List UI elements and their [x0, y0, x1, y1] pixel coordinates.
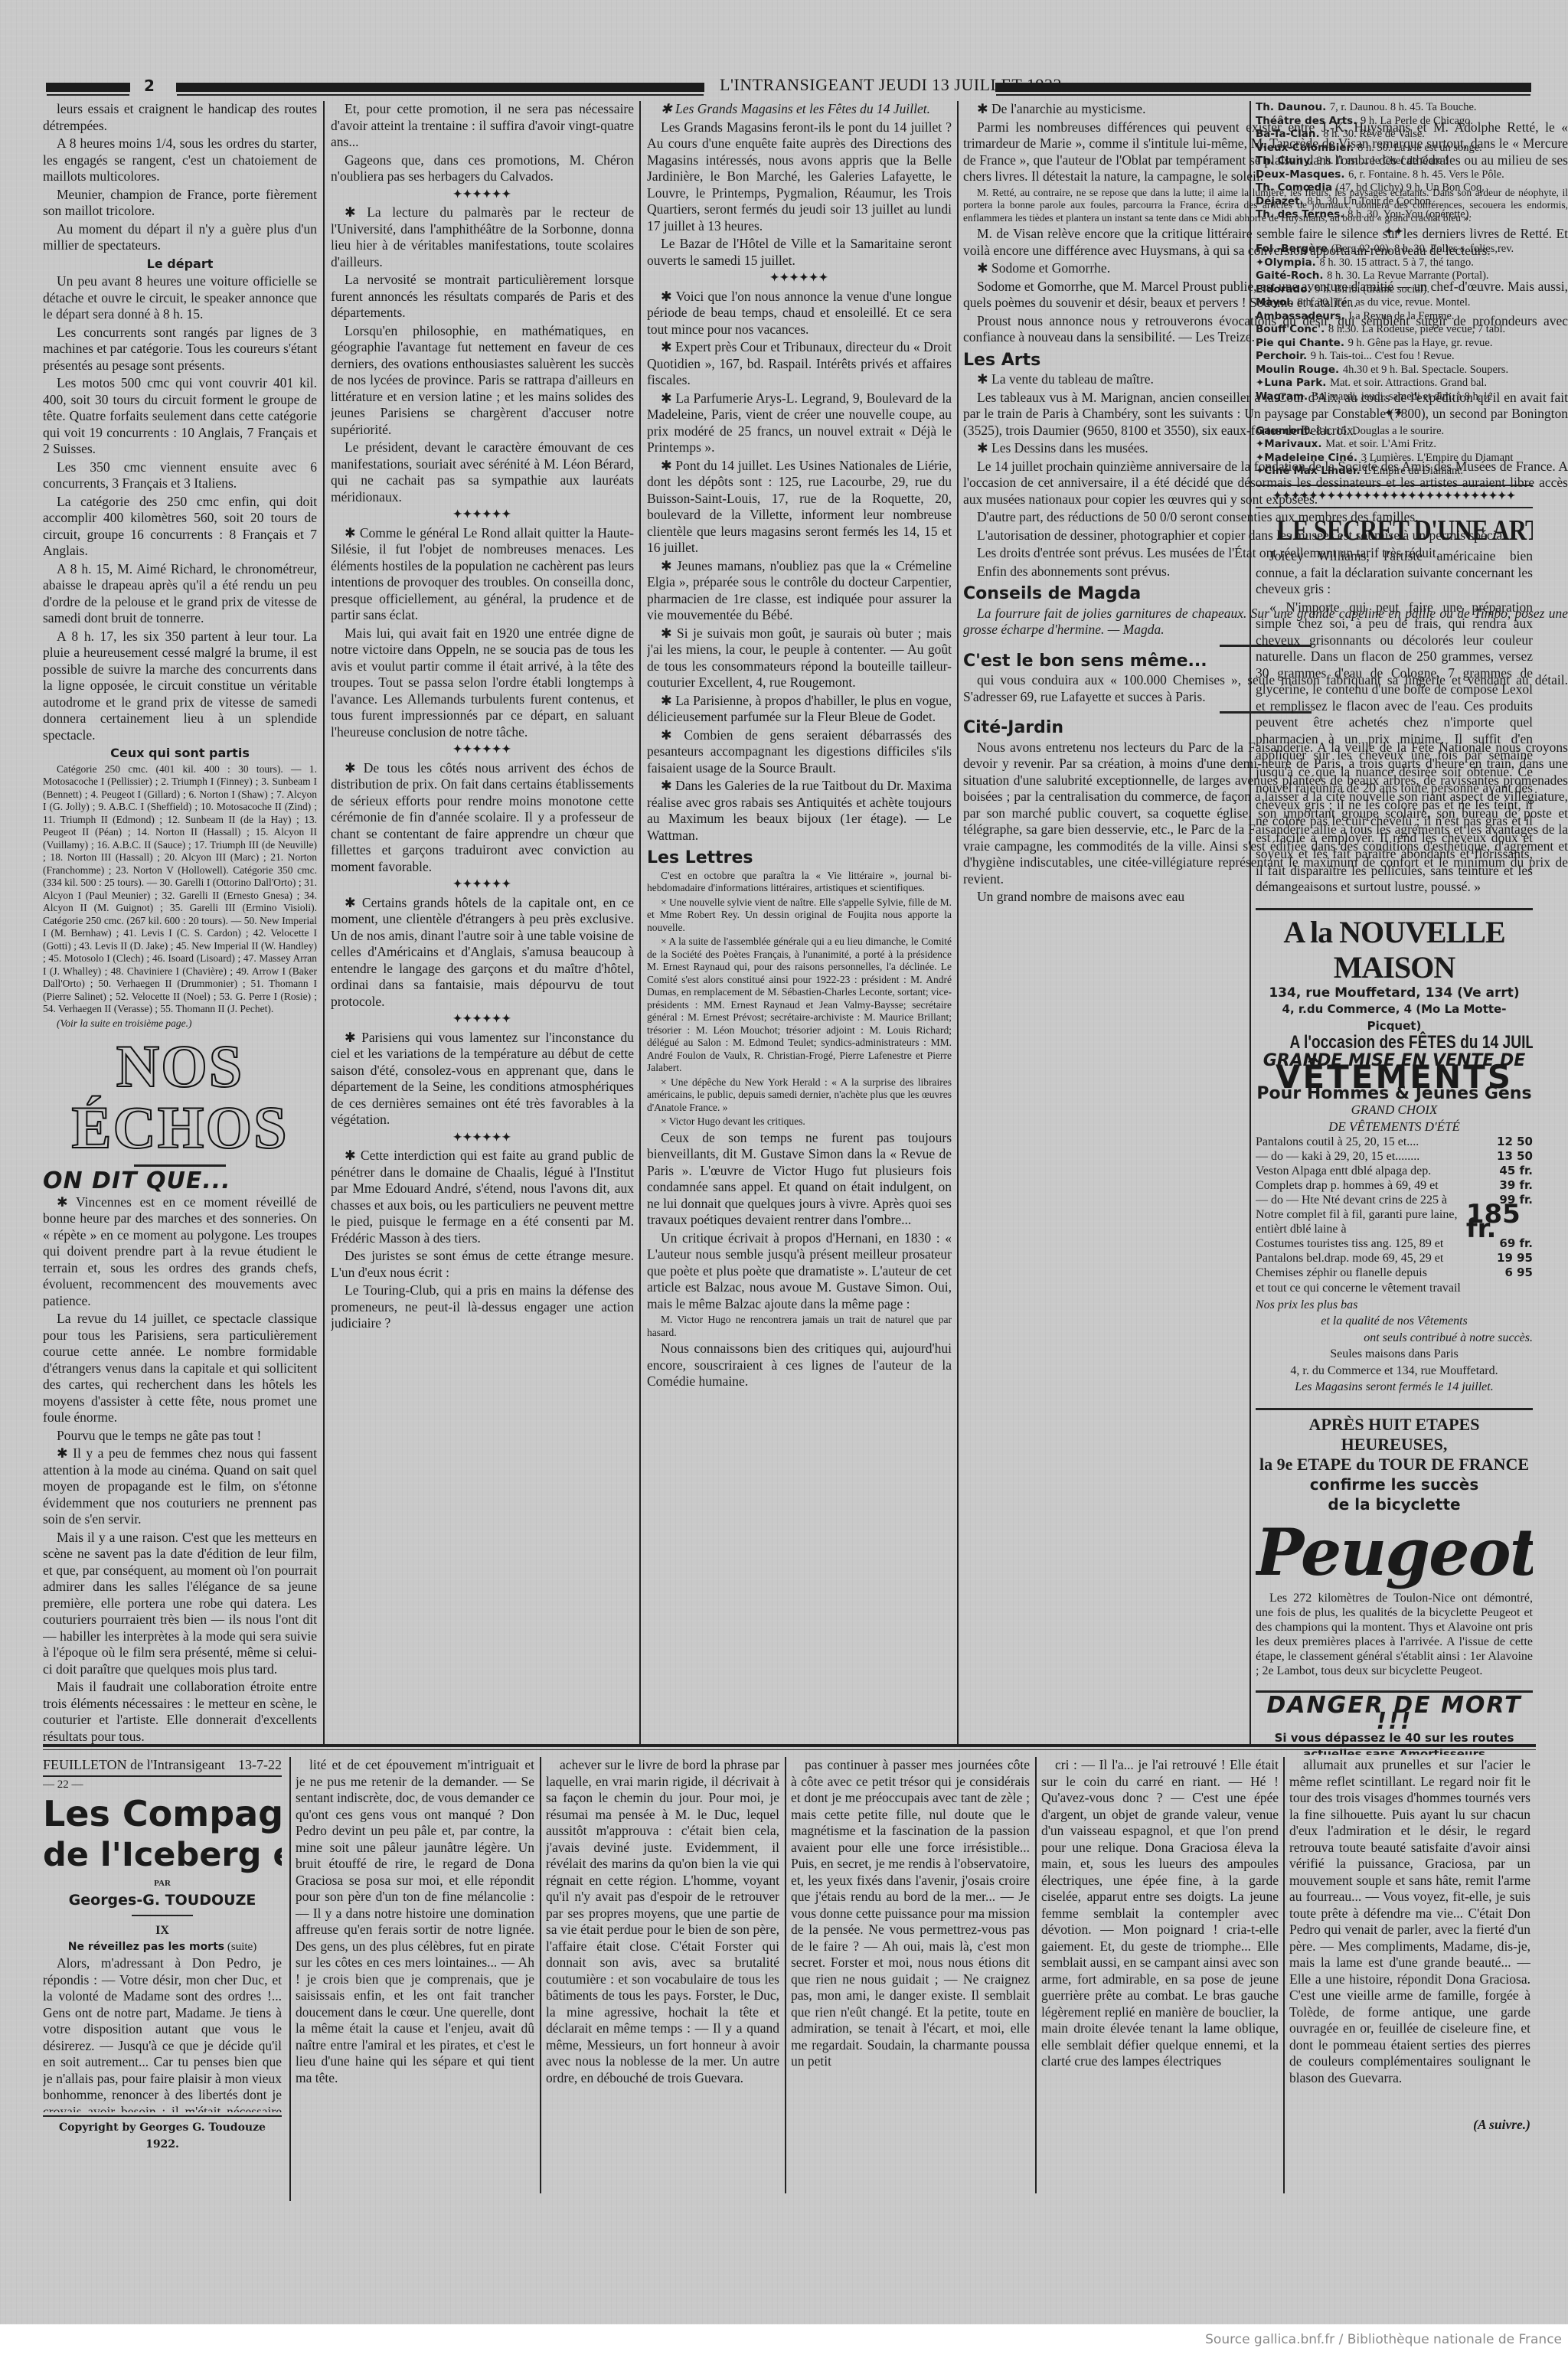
- venue-details: 9 h. La Perle de Chicago.: [1361, 115, 1473, 127]
- maison-slogan-3: ont seuls contribué à notre succès.: [1256, 1330, 1533, 1347]
- venue-name: Moulin Rouge.: [1256, 364, 1343, 376]
- listing-row: Ba-Ta-Clan. 8 h. 30. Rêve de Valse.: [1256, 128, 1533, 142]
- article-paragraph: Le Bazar de l'Hôtel de Ville et la Samar…: [647, 236, 952, 269]
- venue-name: Wagram.: [1256, 390, 1312, 403]
- venue-details: (47, bd Clichy) 9 h. Un Bon Coq.: [1336, 181, 1485, 194]
- masthead-rule-mid: [176, 83, 704, 92]
- echo-paragraph: Des juristes se sont émus de cette étran…: [331, 1248, 634, 1281]
- column-1: leurs essais et craignent le handicap de…: [43, 101, 317, 1747]
- venue-details: 9 h. Tais-toi... C'est fou ! Revue.: [1311, 350, 1455, 362]
- echo-paragraph: Le Touring-Club, qui a pris en mains la …: [331, 1282, 634, 1332]
- echo-paragraph: La revue du 14 juillet, ce spectacle cla…: [43, 1311, 317, 1426]
- echo-paragraph: Mais il y a une raison. C'est que les me…: [43, 1530, 317, 1678]
- echo-paragraph: Mais il faudrait une collaboration étroi…: [43, 1679, 317, 1745]
- venue-name: Th. Cluny.: [1256, 155, 1317, 167]
- divider: [1256, 485, 1533, 486]
- secret-paragraph: « N'importe qui peut faire une préparati…: [1256, 599, 1533, 896]
- price-row: Veston Alpaga entt dblé alpaga dep.45 fr…: [1256, 1164, 1533, 1178]
- maison-pour: Pour Hommes & Jeunes Gens: [1256, 1086, 1533, 1102]
- diamond-border: ✦✦✦✦✦✦✦✦✦✦✦✦✦✦✦✦✦✦✦✦✦✦✦✦✦✦✦: [1256, 488, 1533, 505]
- stars-divider: ✦✦✦✦✦✦: [331, 507, 634, 524]
- venue-details: 8 h. 30. You-You (opérette).: [1347, 208, 1472, 220]
- maison-address-1: 134, rue Mouffetard, 134 (Ve arrt): [1256, 985, 1533, 1002]
- listing-row: Th. Cluny. 9 h. Il est ... le Chef de Ga…: [1256, 155, 1533, 168]
- lettres-heading: Les Lettres: [647, 850, 952, 867]
- price-item: Pantalons bel.drap. mode 69, 45, 29 et: [1256, 1251, 1443, 1266]
- peugeot-body: Les 272 kilomètres de Toulon-Nice ont dé…: [1256, 1591, 1533, 1678]
- echo-paragraph: ✱ Voici que l'on nous annonce la venue d…: [647, 289, 952, 338]
- venue-details: 4h.30 et 9 h. Bal. Spectacle. Soupers.: [1343, 364, 1508, 376]
- listing-row: ✦Marivaux. Mat. et soir. L'Ami Fritz.: [1256, 438, 1533, 452]
- venue-name: Pie qui Chante.: [1256, 337, 1348, 349]
- venue-details: Bal mardi, jeudi, samedi et dim. à 8 h. …: [1312, 390, 1492, 403]
- echo-paragraph: ✱ Expert près Cour et Tribunaux, directe…: [647, 339, 952, 389]
- price-value: 13 50: [1497, 1149, 1533, 1164]
- listing-row: Eldorado. 9 h. Biribi (drame social).: [1256, 283, 1533, 297]
- maison-seules-addr: 4, r. du Commerce et 134, rue Mouffetard…: [1256, 1363, 1533, 1380]
- echo-paragraph: La nervosité se montrait particulièremen…: [331, 272, 634, 322]
- continued-note: (Voir la suite en troisième page.): [43, 1017, 317, 1030]
- stars-divider: ✦✦✦✦✦✦: [647, 270, 952, 287]
- secret-paragraph: Joicey Williams, l'artiste américaine bi…: [1256, 548, 1533, 598]
- race-results: Catégorie 250 cmc. (401 kil. 400 : 30 to…: [43, 763, 317, 1016]
- column-rule: [1283, 1757, 1285, 2193]
- listing-row: Vieux-Colombier. 8 h. 30. La vie est un …: [1256, 142, 1533, 155]
- feuilleton-chapter: IX: [43, 1922, 282, 1939]
- feuilleton-text: achever sur le livre de bord la phrase p…: [546, 1757, 779, 2086]
- ad-divider: [1256, 1400, 1533, 1410]
- maison-choix-2: DE VÊTEMENTS D'ÉTÉ: [1256, 1119, 1533, 1135]
- price-item: Notre complet fil à fil, garanti pure la…: [1256, 1207, 1466, 1236]
- listing-row: Th. Daunou. 7, r. Daunou. 8 h. 45. Ta Bo…: [1256, 101, 1533, 115]
- venue-details: 9 h. Gêne pas la Haye, gr. revue.: [1348, 337, 1493, 349]
- maison-fermes: Les Magasins seront fermés le 14 juillet…: [1256, 1379, 1533, 1396]
- venue-name: Gaité-Roch.: [1256, 269, 1327, 282]
- venue-details: 8 h. 30. 15 attract. 5 à 7, thé tango.: [1320, 256, 1474, 269]
- venue-details: 8 h. 30. La vie est un songe.: [1357, 142, 1482, 154]
- venue-name: Bouff'Conc'.: [1256, 323, 1328, 335]
- article-paragraph: Au moment du départ il n'y a guère plus …: [43, 221, 317, 254]
- listing-row: ✦Ciné Max Linder. L'Empire du Diamant.: [1256, 465, 1533, 478]
- feuilleton-column-1: FEUILLETON de l'Intransigeant 13-7-22 — …: [43, 1757, 282, 2216]
- ad-divider: [1256, 1683, 1533, 1693]
- listing-row: Wagram. Bal mardi, jeudi, samedi et dim.…: [1256, 390, 1533, 404]
- listing-row: Deux-Masques. 6, r. Fontaine. 8 h. 45. V…: [1256, 168, 1533, 182]
- venue-name: ✦Madeleine Ciné.: [1256, 452, 1361, 464]
- listing-row: Bouff'Conc'. 8 h.30. La Rôdeuse, pièce v…: [1256, 323, 1533, 337]
- lettres-paragraph: × Une dépêche du New York Herald : « A l…: [647, 1076, 952, 1115]
- venue-name: Ba-Ta-Clan.: [1256, 128, 1323, 140]
- peugeot-line-4: de la bicyclette: [1256, 1494, 1533, 1514]
- feuilleton-text: allumait aux prunelles et sur l'acier le…: [1289, 1757, 1530, 2086]
- listings-theatres: Th. Daunou. 7, r. Daunou. 8 h. 45. Ta Bo…: [1256, 101, 1533, 222]
- article-paragraph: Meunier, champion de France, porte fière…: [43, 187, 317, 220]
- subheading-partis: Ceux qui sont partis: [43, 745, 317, 762]
- peugeot-line-2: la 9e ETAPE du TOUR DE FRANCE: [1256, 1455, 1533, 1475]
- venue-details: 9 h. Il est ... le Chef de Gare !: [1317, 155, 1449, 167]
- divider: [1256, 507, 1533, 508]
- price-row: — do — kaki à 29, 20, 15 et........13 50: [1256, 1149, 1533, 1164]
- divider: [134, 1164, 226, 1167]
- maison-travail: et tout ce qui concerne le vêtement trav…: [1256, 1280, 1533, 1297]
- price-item: Chemises zéphir ou flanelle depuis: [1256, 1266, 1427, 1280]
- listing-row: Fol.-Bergère (Berg.02-00). 8 h. 30. Foll…: [1256, 243, 1533, 256]
- article-paragraph: A 8 heures moins 1/4, sous les ordres du…: [43, 136, 317, 185]
- listing-row: Gaumont. 8 h. 15. Douglas a le sourire.: [1256, 425, 1533, 439]
- venue-details: 8 h.30. La Rôdeuse, pièce vécue, 7 tabl.: [1328, 323, 1505, 335]
- feuilleton-column-3: achever sur le livre de bord la phrase p…: [546, 1757, 779, 2193]
- column-2: Et, pour cette promotion, il ne sera pas…: [331, 101, 634, 1747]
- echo-paragraph: ✱ Certains grands hôtels de la capitale …: [331, 895, 634, 1011]
- venue-name: Th. Daunou.: [1256, 101, 1330, 113]
- ad-divider: [1256, 900, 1533, 910]
- ad-peugeot: APRÈS HUIT ETAPES HEUREUSES, la 9e ETAPE…: [1256, 1415, 1533, 1678]
- venue-details: 8 h. 15. Douglas a le sourire.: [1316, 425, 1444, 437]
- stars-divider: ✦✦✦✦✦✦: [331, 1011, 634, 1028]
- echo-paragraph: ✱ Comme le général Le Rond allait quitte…: [331, 525, 634, 624]
- listing-row: Pie qui Chante. 9 h. Gêne pas la Haye, g…: [1256, 337, 1533, 351]
- venue-details: 8 h. 30. Un Tour de Cochon.: [1307, 195, 1433, 207]
- article-paragraph: Les 350 cmc viennent ensuite avec 6 conc…: [43, 459, 317, 492]
- listing-row: ✦Madeleine Ciné. 3 Lumières. L'Empire du…: [1256, 452, 1533, 465]
- article-paragraph: Et, pour cette promotion, il ne sera pas…: [331, 101, 634, 151]
- lettres-quote: M. Victor Hugo ne rencontrera jamais un …: [647, 1314, 952, 1339]
- article-paragraph: A 8 h. 17, les six 350 partent à leur to…: [43, 629, 317, 744]
- price-item: Complets drap p. hommes à 69, 49 et: [1256, 1178, 1439, 1193]
- houdaille-line-2: actuelles sans Amortisseurs: [1256, 1746, 1533, 1755]
- venue-name: Théâtre des Arts.: [1256, 115, 1361, 127]
- article-paragraph: Un peu avant 8 heures une voiture offici…: [43, 273, 317, 323]
- lettres-paragraph: × A la suite de l'assemblée générale qui…: [647, 936, 952, 1075]
- venue-details: 7, r. Daunou. 8 h. 45. Ta Bouche.: [1330, 101, 1477, 113]
- venue-name: ✦Luna Park.: [1256, 377, 1330, 389]
- feuilleton-subtitle-suite: (suite): [227, 1941, 256, 1953]
- venue-name: ✦Marivaux.: [1256, 438, 1325, 450]
- column-rule: [540, 1757, 541, 2193]
- article-paragraph: ✱ Les Grands Magasins et les Fêtes du 14…: [647, 101, 952, 118]
- newspaper-page: 2 L'INTRANSIGEANT JEUDI 13 JUILLET 1922 …: [0, 0, 1568, 2324]
- venue-details: 3 Lumières. L'Empire du Diamant: [1361, 452, 1514, 464]
- diamond-divider: ✦✦: [1256, 224, 1533, 241]
- venue-details: La Revue de la Femme.: [1348, 310, 1454, 322]
- echo-paragraph: ✱ Combien de gens seraient débarrassés d…: [647, 727, 952, 777]
- maison-occasion: A l'occasion des FÊTES du 14 JUILLET: [1289, 1034, 1533, 1051]
- price-value: 45 fr.: [1499, 1164, 1533, 1178]
- feuilleton-text: lité et de cet épouvement m'intriguait e…: [296, 1757, 534, 2086]
- feuilleton-column-4: pas continuer à passer mes journées côte…: [791, 1757, 1030, 2193]
- secret-artiste-heading: LE SECRET D'UNE ARTISTE: [1276, 513, 1512, 548]
- source-credit: Source gallica.bnf.fr / Bibliothèque nat…: [1205, 2332, 1562, 2347]
- feuilleton-column-2: lité et de cet épouvement m'intriguait e…: [296, 1757, 534, 2193]
- article-paragraph: Les motos 500 cmc qui vont couvrir 401 k…: [43, 375, 317, 458]
- maison-seules: Seules maisons dans Paris: [1256, 1346, 1533, 1363]
- a-suivre: (A suivre.): [1289, 2117, 1530, 2134]
- echo-paragraph: ✱ Cette interdiction qui est faite au gr…: [331, 1148, 634, 1246]
- feuilleton-copyright: Copyright by Georges G. Toudouze 1922.: [43, 2120, 282, 2153]
- maison-choix-1: GRAND CHOIX: [1256, 1102, 1533, 1119]
- venue-details: 8 h. 30. La Revue Marrante (Portal).: [1327, 269, 1488, 282]
- feuilleton-number: — 22 —: [43, 1777, 282, 1794]
- price-value: 6 95: [1504, 1266, 1533, 1280]
- listings-cinemas: Gaumont. 8 h. 15. Douglas a le sourire.✦…: [1256, 425, 1533, 478]
- peugeot-line-3: confirme les succès: [1256, 1475, 1533, 1494]
- listing-row: ✦Luna Park. Mat. et soir. Attractions. G…: [1256, 377, 1533, 390]
- feuilleton-column-5: cri : — Il l'a... je l'ai retrouvé ! Ell…: [1041, 1757, 1279, 2193]
- price-row: Notre complet fil à fil, garanti pure la…: [1256, 1207, 1533, 1236]
- article-paragraph: Les concurrents sont rangés par lignes d…: [43, 325, 317, 374]
- column-6: Th. Daunou. 7, r. Daunou. 8 h. 45. Ta Bo…: [1256, 101, 1533, 1755]
- echo-paragraph: ✱ Vincennes est en ce moment réveillé de…: [43, 1194, 317, 1310]
- column-rule: [957, 101, 959, 1747]
- stars-divider: ✦✦✦✦✦✦: [331, 187, 634, 204]
- venue-details: 6, r. Fontaine. 8 h. 45. Vers le Pôle.: [1348, 168, 1504, 181]
- nos-echos-heading: NOS ÉCHOS: [43, 1036, 317, 1158]
- price-value: 12 50: [1497, 1135, 1533, 1149]
- stars-divider: ✦✦✦✦✦✦: [331, 742, 634, 759]
- column-rule: [785, 1757, 786, 2193]
- listing-row: Th. des Ternes. 8 h. 30. You-You (opéret…: [1256, 208, 1533, 222]
- article-paragraph: La catégorie des 250 cmc enfin, qui doit…: [43, 494, 317, 560]
- feuilleton-par: PAR: [43, 1876, 282, 1893]
- venue-name: Perchoir.: [1256, 350, 1311, 362]
- echo-paragraph: ✱ Parisiens qui vous lamentez sur l'inco…: [331, 1030, 634, 1128]
- price-row: Chemises zéphir ou flanelle depuis6 95: [1256, 1266, 1533, 1280]
- maison-price-list: Pantalons coutil à 25, 20, 15 et....12 5…: [1256, 1135, 1533, 1280]
- venue-details: L'Empire du Diamant.: [1364, 465, 1463, 477]
- column-rule: [639, 101, 641, 1747]
- feuilleton-title-2: de l'Iceberg en feu: [43, 1834, 282, 1876]
- maison-address-2: 4, r.du Commerce, 4 (Mo La Motte-Picquet…: [1256, 1001, 1533, 1034]
- price-row: Complets drap p. hommes à 69, 49 et39 fr…: [1256, 1178, 1533, 1193]
- echo-paragraph: ✱ Jeunes mamans, n'oubliez pas que la « …: [647, 558, 952, 624]
- price-row: Pantalons bel.drap. mode 69, 45, 29 et19…: [1256, 1251, 1533, 1266]
- stars-divider: ✦✦✦✦✦✦: [331, 877, 634, 893]
- echo-paragraph: Le président, devant le caractère émouva…: [331, 439, 634, 505]
- column-rule: [323, 101, 325, 1747]
- price-value: 39 fr.: [1499, 1178, 1533, 1193]
- article-paragraph: Les Grands Magasins feront-ils le pont d…: [647, 119, 952, 235]
- price-value: 185 fr.: [1466, 1207, 1533, 1236]
- peugeot-logo: Peugeot: [1256, 1514, 1533, 1591]
- houdaille-danger: DANGER DE MORT !!!: [1256, 1697, 1533, 1730]
- listings-music-halls: Fol.-Bergère (Berg.02-00). 8 h. 30. Foll…: [1256, 243, 1533, 403]
- feuilleton-subtitle: Ne réveillez pas les morts: [68, 1941, 224, 1953]
- price-row: Pantalons coutil à 25, 20, 15 et....12 5…: [1256, 1135, 1533, 1149]
- echo-paragraph: Pourvu que le temps ne gâte pas tout !: [43, 1428, 317, 1445]
- listing-row: Théâtre des Arts. 9 h. La Perle de Chica…: [1256, 115, 1533, 129]
- article-paragraph: A 8 h. 15, M. Aimé Richard, le chronomét…: [43, 561, 317, 627]
- price-value: 69 fr.: [1499, 1236, 1533, 1251]
- echo-paragraph: Lorsqu'en philosophie, en mathématiques,…: [331, 323, 634, 439]
- masthead: 2 L'INTRANSIGEANT JEUDI 13 JUILLET 1922: [46, 80, 1531, 93]
- listing-row: ✦Olympia. 8 h. 30. 15 attract. 5 à 7, th…: [1256, 256, 1533, 270]
- venue-name: Eldorado.: [1256, 283, 1315, 296]
- echo-paragraph: ✱ La lecture du palmarès par le recteur …: [331, 204, 634, 270]
- ad-nouvelle-maison: A la NOUVELLE MAISON 134, rue Mouffetard…: [1256, 915, 1533, 1396]
- feuilleton-text: pas continuer à passer mes journées côte…: [791, 1757, 1030, 2070]
- lettres-paragraph: × Victor Hugo devant les critiques.: [647, 1115, 952, 1128]
- echo-paragraph: ✱ De tous les côtés nous arrivent des éc…: [331, 760, 634, 876]
- column-3: ✱ Les Grands Magasins et les Fêtes du 14…: [647, 101, 952, 1747]
- divider: [132, 1915, 193, 1916]
- peugeot-line-1: APRÈS HUIT ETAPES HEUREUSES,: [1256, 1415, 1533, 1455]
- feuilleton-author: Georges-G. TOUDOUZE: [43, 1893, 282, 1909]
- lettres-paragraph: Ceux de son temps ne furent pas toujours…: [647, 1130, 952, 1229]
- venue-name: Vieux-Colombier.: [1256, 142, 1357, 154]
- echo-paragraph: ✱ Si je suivais mon goût, je saurais où …: [647, 625, 952, 691]
- venue-details: (Berg.02-00). 8 h. 30. Folles s. folies,…: [1331, 243, 1514, 255]
- maison-title: A la NOUVELLE MAISON: [1256, 915, 1533, 985]
- stars-divider: ✦✦✦✦✦✦: [331, 1130, 634, 1147]
- price-item: Veston Alpaga entt dblé alpaga dep.: [1256, 1164, 1431, 1178]
- echo-paragraph: ✱ Pont du 14 juillet. Les Usines Nationa…: [647, 458, 952, 557]
- masthead-rule-right: [995, 83, 1531, 92]
- feuilleton-date: 13-7-22: [238, 1757, 282, 1774]
- venue-name: Déjazet.: [1256, 195, 1307, 207]
- masthead-rule-left: [46, 83, 130, 92]
- lettres-paragraph: × Une nouvelle sylvie vient de naître. E…: [647, 896, 952, 935]
- listing-row: Perchoir. 9 h. Tais-toi... C'est fou ! R…: [1256, 350, 1533, 364]
- feuilleton-title-1: Les Compagnons: [43, 1793, 282, 1834]
- venue-name: Gaumont.: [1256, 425, 1316, 437]
- listing-row: Th. Comœdia (47, bd Clichy) 9 h. Un Bon …: [1256, 181, 1533, 195]
- venue-name: Ambassadeurs.: [1256, 310, 1348, 322]
- feuilleton-rule-thin: [43, 1749, 1536, 1750]
- venue-details: 9 h. Biribi (drame social).: [1315, 283, 1429, 296]
- divider: [43, 2115, 282, 2117]
- venue-details: Mat. et soir. L'Ami Fritz.: [1325, 438, 1436, 450]
- lettres-paragraph: C'est en octobre que paraîtra la « Vie l…: [647, 870, 952, 895]
- listing-row: Ambassadeurs. La Revue de la Femme.: [1256, 310, 1533, 324]
- feuilleton-text: Alors, m'adressant à Don Pedro, je répon…: [43, 1955, 282, 2112]
- venue-name: Deux-Masques.: [1256, 168, 1348, 181]
- subheading-depart: Le départ: [43, 256, 317, 273]
- article-paragraph: Gageons que, dans ces promotions, M. Ché…: [331, 152, 634, 185]
- price-item: — do — Hte Nté devant crins de 225 à: [1256, 1193, 1447, 1207]
- listing-row: Mayol. 8 h. 30. T'en as du vice, revue. …: [1256, 296, 1533, 310]
- listing-row: Déjazet. 8 h. 30. Un Tour de Cochon.: [1256, 195, 1533, 209]
- maison-vetements: VÊTEMENTS: [1256, 1069, 1533, 1086]
- price-item: — do — kaki à 29, 20, 15 et........: [1256, 1149, 1419, 1164]
- price-value: 19 95: [1497, 1251, 1533, 1266]
- feuilleton-text: cri : — Il l'a... je l'ai retrouvé ! Ell…: [1041, 1757, 1279, 2070]
- page-number: 2: [144, 77, 155, 95]
- venue-name: Th. des Ternes.: [1256, 208, 1347, 220]
- venue-name: ✦Olympia.: [1256, 256, 1320, 269]
- column-rule: [1035, 1757, 1037, 2193]
- maison-slogan-1: Nos prix les plus bas: [1256, 1297, 1533, 1314]
- on-dit-que-heading: ON DIT QUE...: [43, 1173, 317, 1190]
- echo-paragraph: Mais lui, qui avait fait en 1920 une ent…: [331, 625, 634, 741]
- feuilleton-header: FEUILLETON de l'Intransigeant 13-7-22: [43, 1757, 282, 1777]
- price-item: Pantalons coutil à 25, 20, 15 et....: [1256, 1135, 1419, 1149]
- venue-name: ✦Ciné Max Linder.: [1256, 465, 1364, 477]
- listing-row: Moulin Rouge. 4h.30 et 9 h. Bal. Spectac…: [1256, 364, 1533, 377]
- lettres-paragraph: Un critique écrivait à propos d'Hernani,…: [647, 1230, 952, 1313]
- price-item: Costumes touristes tiss ang. 125, 89 et: [1256, 1236, 1443, 1251]
- article-paragraph: leurs essais et craignent le handicap de…: [43, 101, 317, 134]
- venue-details: Mat. et soir. Attractions. Grand bal.: [1330, 377, 1487, 389]
- echo-paragraph: ✱ Il y a peu de femmes chez nous qui fas…: [43, 1445, 317, 1528]
- echo-paragraph: ✱ La Parisienne, à propos d'habiller, le…: [647, 693, 952, 726]
- lettres-paragraph: Nous connaissons bien des critiques qui,…: [647, 1341, 952, 1390]
- venue-name: Fol.-Bergère: [1256, 243, 1331, 255]
- venue-details: 8 h. 30. T'en as du vice, revue. Montel.: [1298, 296, 1471, 309]
- feuilleton-rule: [43, 1744, 1536, 1747]
- venue-name: Mayol.: [1256, 296, 1298, 309]
- feuilleton-label: FEUILLETON de l'Intransigeant: [43, 1757, 225, 1774]
- maison-slogan-2: et la qualité de nos Vêtements: [1256, 1313, 1533, 1330]
- diamond-divider: ✦✦: [1256, 406, 1533, 423]
- venue-details: 8 h. 30. Rêve de Valse.: [1323, 128, 1425, 140]
- echo-paragraph: ✱ Dans les Galeries de la rue Taitbout d…: [647, 778, 952, 844]
- echo-paragraph: ✱ La Parfumerie Arys-L. Legrand, 9, Boul…: [647, 390, 952, 456]
- column-rule: [289, 1757, 291, 2201]
- feuilleton-column-6: allumait aux prunelles et sur l'acier le…: [1289, 1757, 1530, 2193]
- listing-row: Gaité-Roch. 8 h. 30. La Revue Marrante (…: [1256, 269, 1533, 283]
- venue-name: Th. Comœdia: [1256, 181, 1336, 194]
